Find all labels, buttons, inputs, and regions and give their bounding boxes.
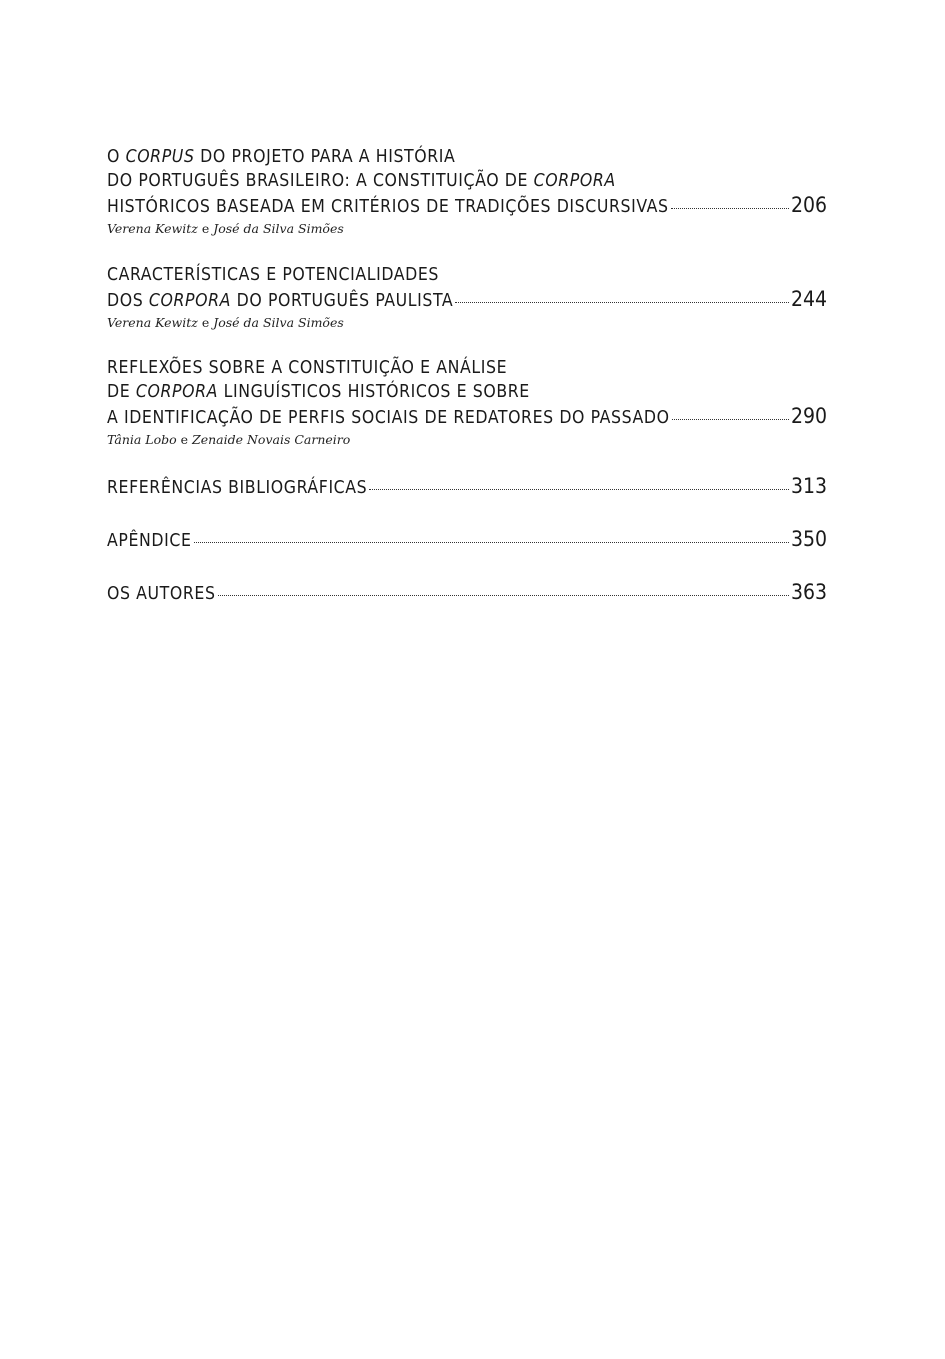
- entry-title-line: HISTÓRICOS BASEADA EM CRITÉRIOS DE TRADI…: [107, 193, 827, 219]
- entry-authors: Verena Kewitz e José da Silva Simões: [107, 313, 827, 333]
- entry-title-line: DOS CORPORA DO PORTUGUÊS PAULISTA 244: [107, 287, 827, 313]
- page-number: 290: [791, 404, 827, 428]
- entry-authors: Tânia Lobo e Zenaide Novais Carneiro: [107, 430, 827, 450]
- entry-title-line: A IDENTIFICAÇÃO DE PERFIS SOCIAIS DE RED…: [107, 404, 827, 430]
- toc-entry[interactable]: O CORPUS DO PROJETO PARA A HISTÓRIA DO P…: [107, 145, 827, 239]
- toc-entry-authors[interactable]: OS AUTORES 363: [107, 580, 827, 606]
- page-number: 313: [791, 474, 827, 498]
- table-of-contents: O CORPUS DO PROJETO PARA A HISTÓRIA DO P…: [107, 145, 827, 606]
- dot-leader: [671, 208, 789, 209]
- page-number: 363: [791, 580, 827, 604]
- entry-title-line: APÊNDICE 350: [107, 527, 827, 553]
- toc-entry-appendix[interactable]: APÊNDICE 350: [107, 527, 827, 553]
- dot-leader: [194, 542, 789, 543]
- entry-title-line: OS AUTORES 363: [107, 580, 827, 606]
- entry-authors: Verena Kewitz e José da Silva Simões: [107, 219, 827, 239]
- entry-title-line: CARACTERÍSTICAS E POTENCIALIDADES: [107, 263, 827, 287]
- entry-title-line: DO PORTUGUÊS BRASILEIRO: A CONSTITUIÇÃO …: [107, 169, 827, 193]
- dot-leader: [218, 595, 789, 596]
- toc-entry[interactable]: REFLEXÕES SOBRE A CONSTITUIÇÃO E ANÁLISE…: [107, 356, 827, 450]
- dot-leader: [369, 489, 789, 490]
- toc-entry[interactable]: CARACTERÍSTICAS E POTENCIALIDADES DOS CO…: [107, 263, 827, 333]
- dot-leader: [455, 302, 789, 303]
- toc-entry-references[interactable]: REFERÊNCIAS BIBLIOGRÁFICAS 313: [107, 474, 827, 500]
- page-number: 350: [791, 527, 827, 551]
- entry-title-line: DE CORPORA LINGUÍSTICOS HISTÓRICOS E SOB…: [107, 380, 827, 404]
- page-number: 244: [791, 287, 827, 311]
- page-number: 206: [791, 193, 827, 217]
- dot-leader: [672, 419, 789, 420]
- entry-title-line: REFLEXÕES SOBRE A CONSTITUIÇÃO E ANÁLISE: [107, 356, 827, 380]
- entry-title-line: O CORPUS DO PROJETO PARA A HISTÓRIA: [107, 145, 827, 169]
- entry-title-line: REFERÊNCIAS BIBLIOGRÁFICAS 313: [107, 474, 827, 500]
